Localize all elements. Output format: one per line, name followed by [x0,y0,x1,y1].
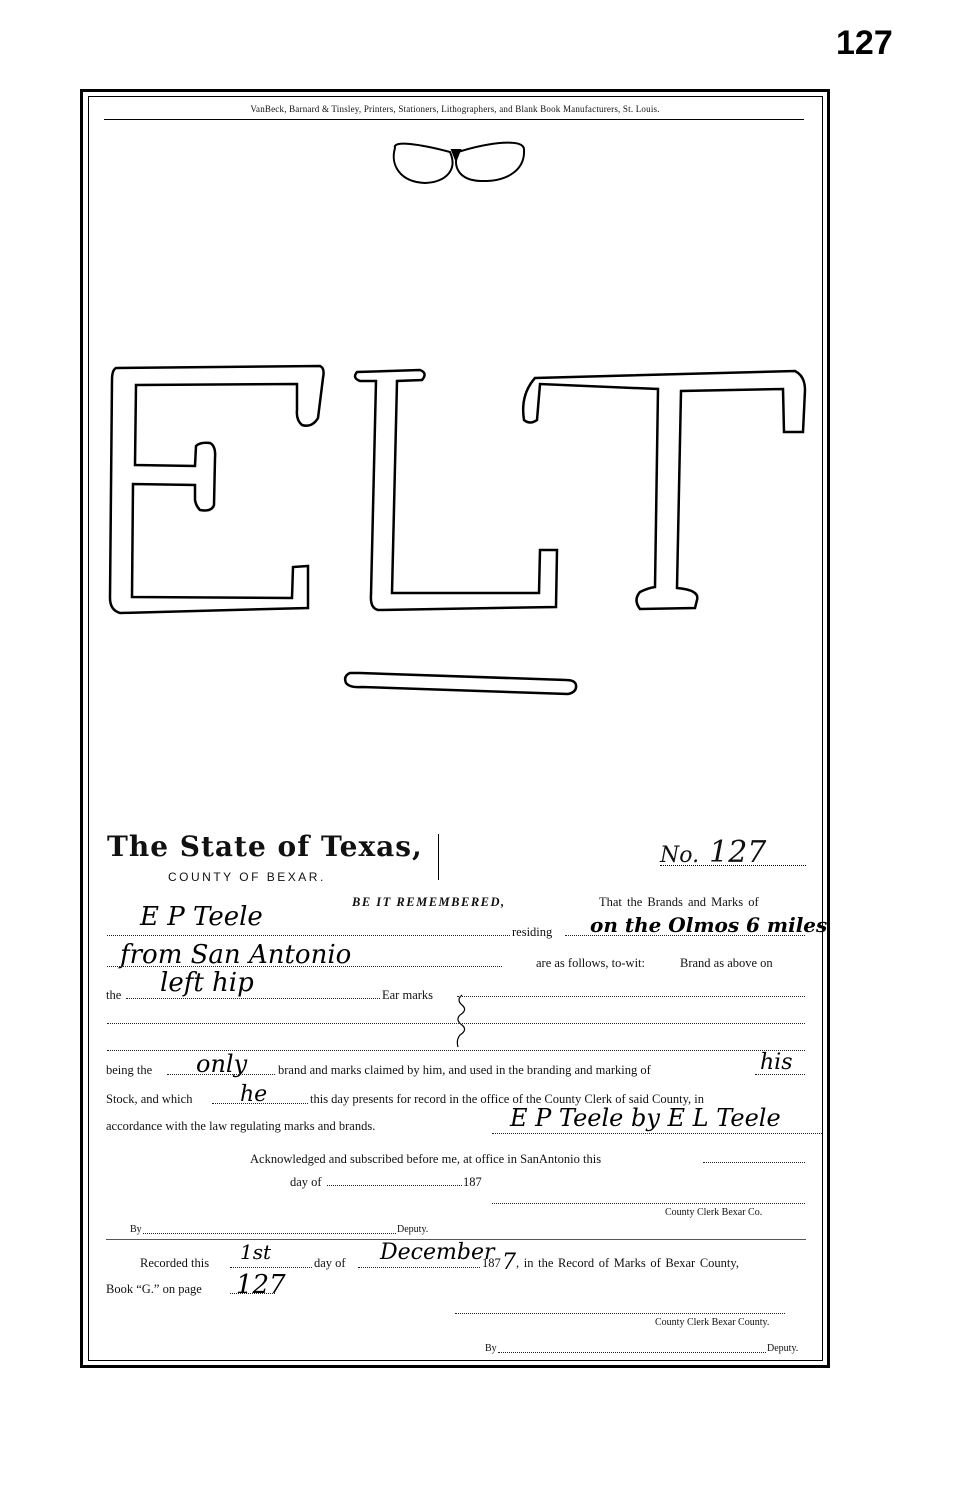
brands-marks-text: That the Brands and Marks of [599,895,759,910]
recorded-day-value: 1st [240,1240,271,1264]
recorded-this-label: Recorded this [140,1256,209,1271]
stock-and-which-label: Stock, and which [106,1092,192,1107]
ear-mark-icon [394,143,524,183]
record-number-field: No.127 [660,835,806,866]
acknowledged-text: Acknowledged and subscribed before me, a… [250,1152,601,1167]
record-number-value: 127 [709,835,766,870]
book-g-label: Book “G.” on page [106,1282,202,1297]
the-label: the [106,988,121,1003]
county-line: COUNTY OF BEXAR. [168,870,326,884]
recorded-month-line [358,1267,480,1268]
ear-marks-line-2 [107,1023,805,1024]
owner-name-line [107,935,510,936]
ear-marks-line-1 [457,996,805,997]
his-value: his [760,1050,793,1075]
be-it-remembered: BE IT REMEMBERED, [352,895,506,910]
recording-deputy-label: Deputy. [767,1343,798,1354]
residence-value-1: on the Olmos 6 miles [590,913,827,937]
recorded-page-value: 127 [236,1270,286,1300]
residing-label: residing [512,925,552,940]
signature-line [492,1133,822,1134]
accordance-text: accordance with the law regulating marks… [106,1119,375,1134]
brand-as-above-text: Brand as above on [680,956,773,971]
as-follows-text: are as follows, to-wit: [536,956,645,971]
only-line [167,1074,275,1075]
brand-letter-t-icon [523,371,805,609]
recording-clerk-label: County Clerk Bexar County. [655,1317,769,1328]
ack-by-label: By [130,1224,142,1235]
state-title: The State of Texas, [107,830,423,863]
brand-location-value: left hip [160,968,254,998]
brand-drawing [0,0,960,1500]
claim-text: brand and marks claimed by him, and used… [278,1063,651,1078]
ear-marks-squiggle-icon [457,995,464,1047]
brand-letter-e-icon [110,366,324,613]
record-of-marks-text: , in the Record of Marks of Bexar County… [516,1256,739,1271]
owner-signature: E P Teele by E L Teele [510,1104,781,1132]
recorded-month-value: December [380,1240,494,1265]
header-brace [438,834,439,880]
ack-month-line [327,1185,462,1186]
he-value: he [240,1082,267,1107]
recording-deputy-line [498,1352,766,1353]
brand-location-line [126,998,380,999]
ack-deputy-line [143,1233,396,1234]
ack-year-prefix: 187 [463,1175,482,1190]
ack-deputy-label: Deputy. [397,1224,428,1235]
ear-marks-label: Ear marks [382,988,433,1003]
brand-letter-l-icon [355,370,557,610]
ack-day-of-label: day of [290,1175,322,1190]
brand-bar-icon [345,673,576,694]
recorded-year-prefix: 187 [482,1256,501,1271]
recorded-day-of-label: day of [314,1256,346,1271]
record-number-label: No. [660,843,699,868]
residence-line-2 [107,966,502,967]
recorded-year-digit: 7 [502,1250,516,1275]
owner-name: E P Teele [140,902,263,932]
ack-clerk-signature-line [492,1203,805,1204]
being-the-label: being the [106,1063,152,1078]
recorded-day-line [230,1267,312,1268]
recording-clerk-signature-line [455,1313,785,1314]
ack-clerk-label: County Clerk Bexar Co. [665,1207,762,1218]
recording-by-label: By [485,1343,497,1354]
ack-day-line [703,1162,805,1163]
